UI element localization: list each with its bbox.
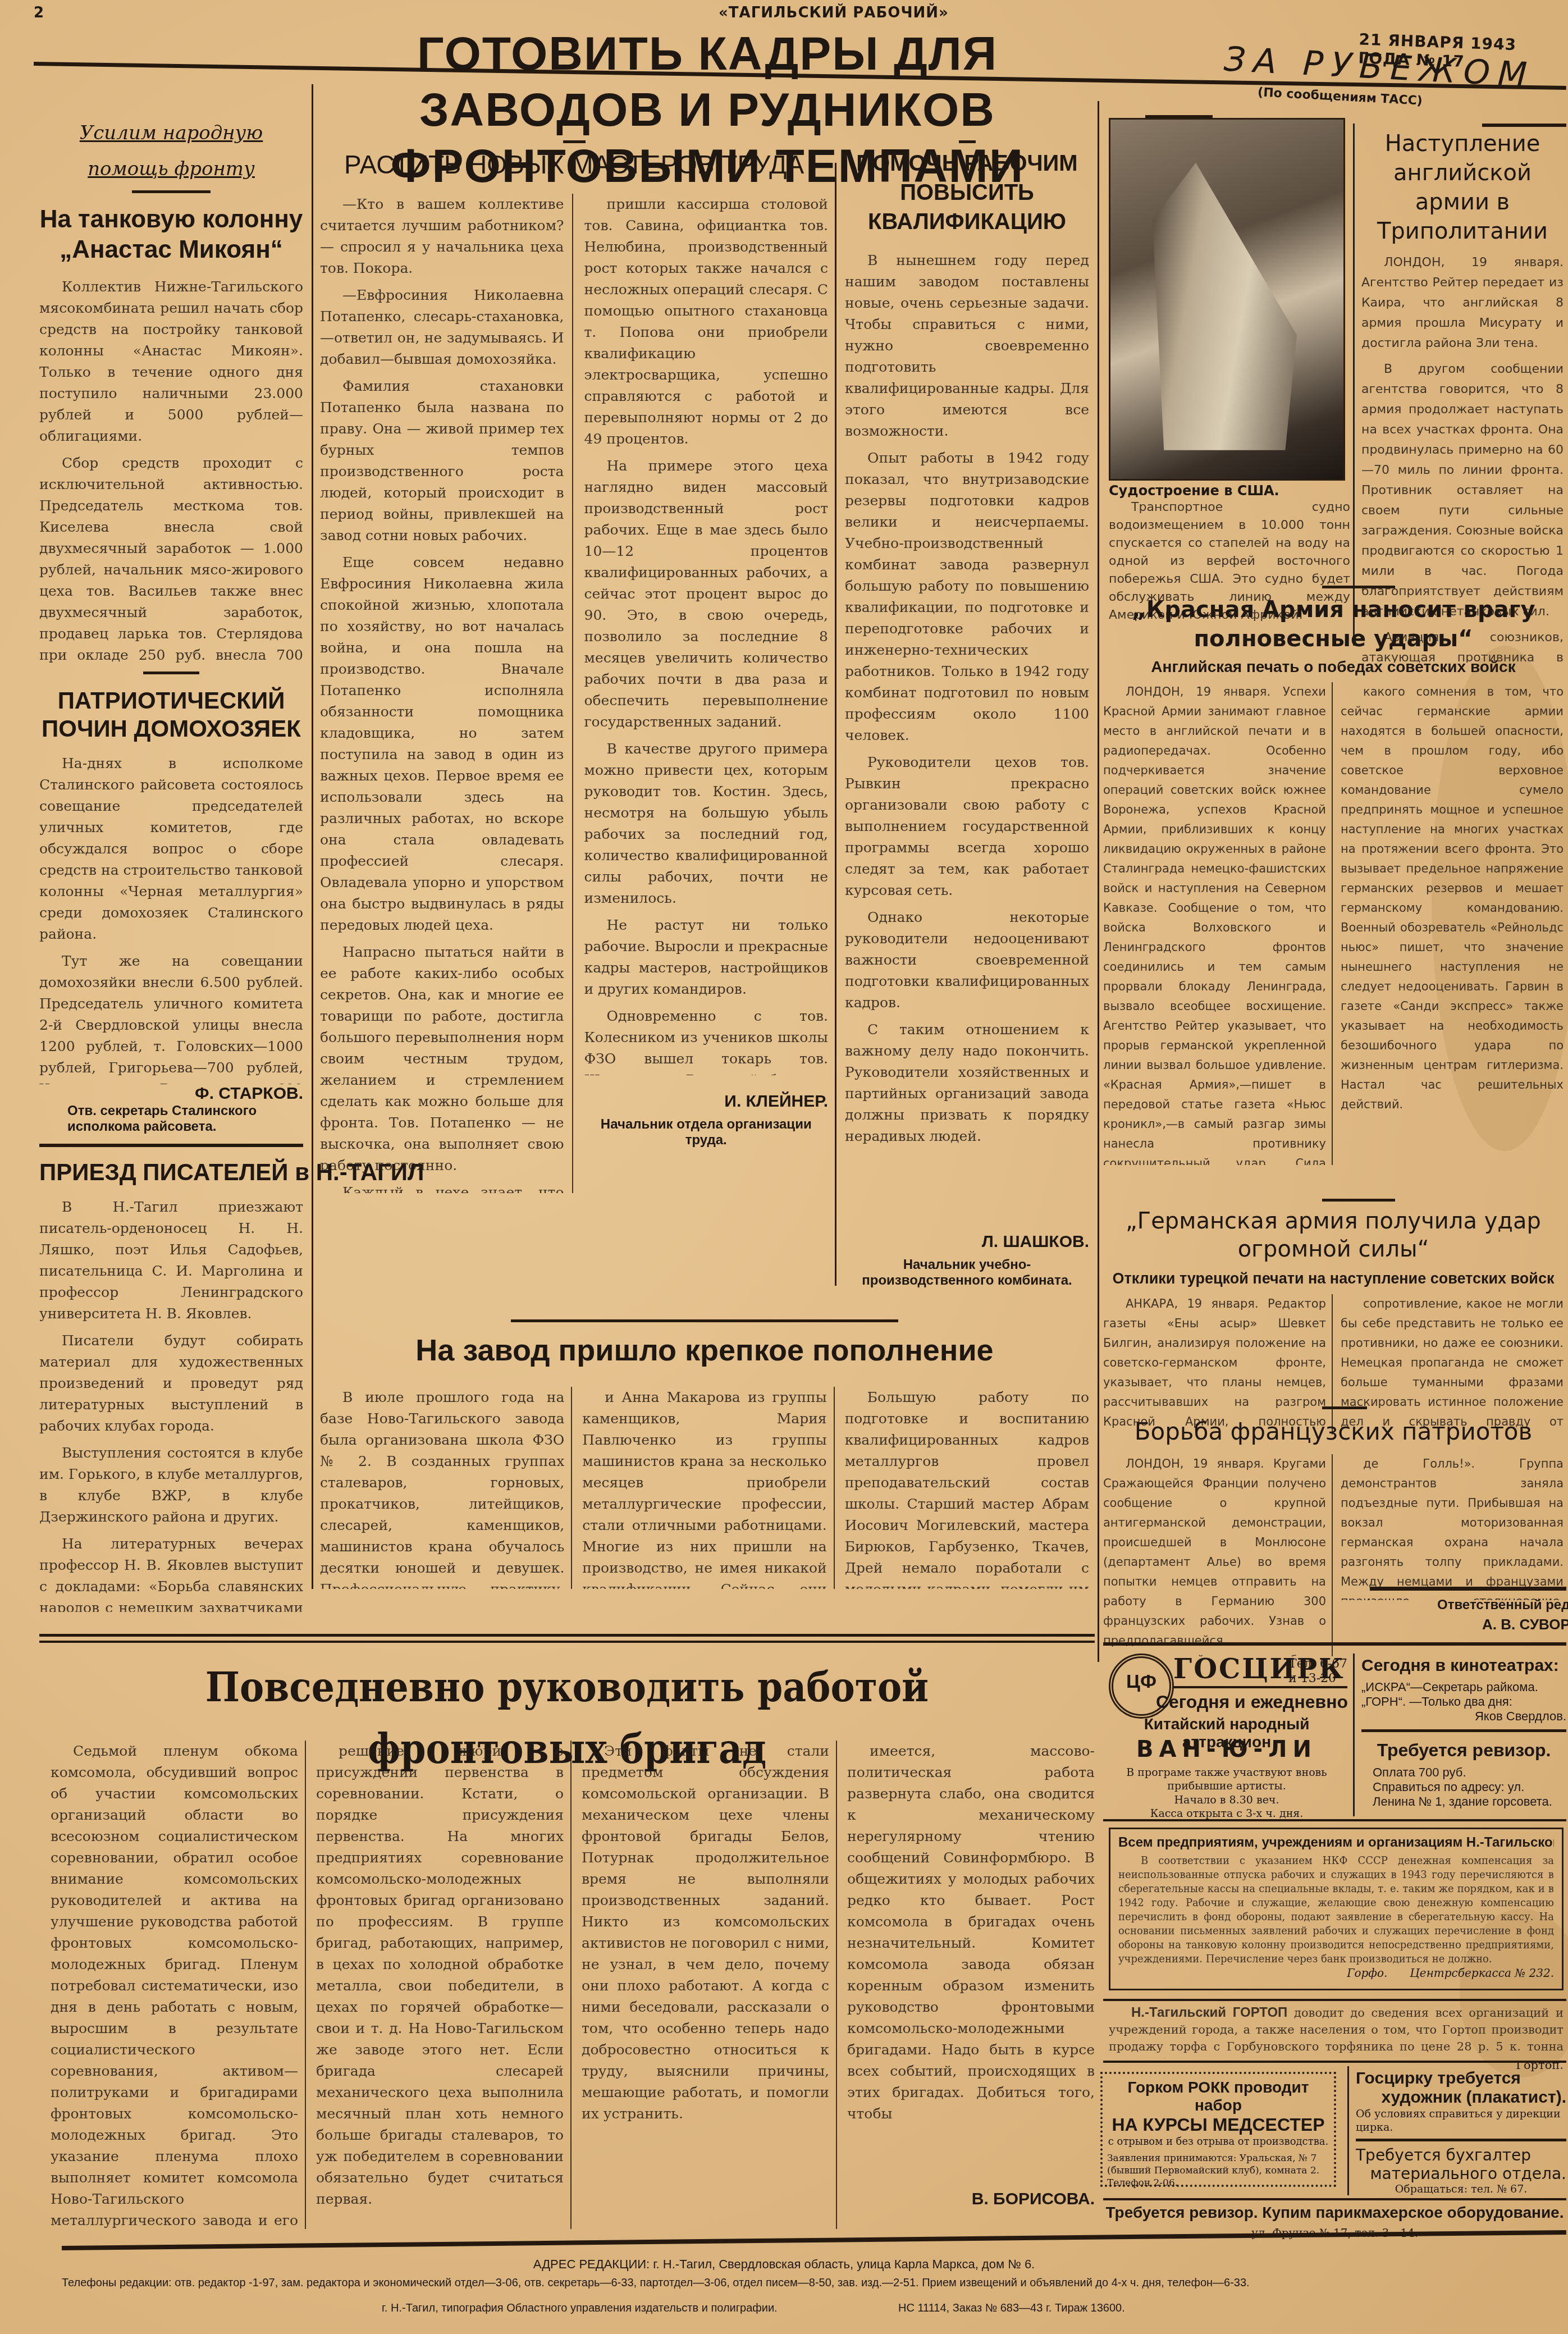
cinema-line1: „ИСКРА“—Секретарь райкома. — [1361, 1680, 1566, 1694]
ad-cinema: Сегодня в кинотеатрах: „ИСКРА“—Секретарь… — [1361, 1656, 1566, 1809]
article-subtitle: Английская печать о победах советских во… — [1103, 658, 1564, 676]
rule — [1356, 2139, 1566, 2141]
article-col: ЛОНДОН, 19 января. Кругами Сражающейся Ф… — [1103, 1454, 1333, 1656]
paragraph: С таким отношением к важному делу надо п… — [845, 1019, 1089, 1147]
rule — [563, 140, 586, 143]
auditor-title: Требуется ревизор. — [1361, 1740, 1566, 1761]
artist-line1: Госцирку требуется — [1356, 2069, 1566, 2088]
paragraph: В качестве другого примера можно привест… — [584, 738, 829, 909]
article-title: На завод пришло крепкое пополнение — [320, 1331, 1089, 1370]
rule — [959, 140, 976, 143]
rule — [1482, 124, 1566, 127]
auditor-line1: Оплата 700 руб. — [1361, 1765, 1566, 1780]
article-title: На танковую колонну „Анастас Микоян“ — [39, 204, 303, 265]
rule — [1103, 1999, 1566, 2001]
circus-line1: Сегодня и ежедневно — [1154, 1692, 1350, 1712]
cinema-line3: Яков Свердлов. — [1361, 1709, 1566, 1724]
paragraph: В нынешнем году перед нашим заводом пост… — [845, 250, 1089, 442]
notice-signs: Горфо. Центрсберкасса № 232. — [1118, 1966, 1554, 1980]
rule — [39, 1144, 303, 1147]
article-body: В нынешнем году перед нашим заводом пост… — [845, 250, 1089, 1227]
circus-act: ВАН-Ю-ЛИ — [1103, 1737, 1350, 1762]
article-col: какого сомнения в том, что сейчас герман… — [1341, 682, 1564, 1165]
rule — [1103, 1642, 1566, 1646]
rule — [1103, 2198, 1566, 2200]
paragraph: Напрасно пытаться найти в ее работе каки… — [320, 942, 564, 1176]
artist-line3: Об условиях справиться у дирекции цирка. — [1356, 2107, 1566, 2134]
paragraph: Коллектив Нижне-Тагильского мясокомбинат… — [39, 276, 303, 447]
article-title: ПРИЕЗД ПИСАТЕЛЕЙ в Н.-ТАГИЛ — [39, 1158, 303, 1186]
paragraph: На примере этого цеха наглядно виден мас… — [584, 455, 829, 733]
article-subtitle: Отклики турецкой печати на наступление с… — [1103, 1270, 1564, 1287]
paragraph: Каждый в цехе знает, что Евфросиния Нико… — [320, 1182, 564, 1193]
article-new-recruits: В июле прошлого года на базе Ново-Тагиль… — [320, 1387, 1089, 1589]
artist-line2: художник (плакатист). — [1356, 2088, 1566, 2107]
paragraph: —Кто в вашем коллективе считается лучшим… — [320, 194, 564, 279]
notice-title: Всем предприятиям, учреждениям и организ… — [1118, 1835, 1554, 1851]
article-col: сопротивление, какое не могли бы себе пр… — [1341, 1294, 1564, 1435]
editor-name: А. В. СУВОРОВ. — [1482, 1616, 1568, 1633]
circus-line4: Начало в 8.30 веч. — [1103, 1794, 1350, 1806]
paragraph: ЛОНДОН, 19 января. Агентство Рейтер пере… — [1361, 253, 1564, 354]
page-number: 2 — [34, 4, 44, 21]
article-col: имеется, массово-политическая работа раз… — [847, 1741, 1095, 2229]
paragraph: Выступления состоятся в клубе им. Горько… — [39, 1442, 303, 1528]
article-col: АНКАРА, 19 января. Редактор газеты «Ены … — [1103, 1294, 1333, 1435]
accountant-line1: Требуется бухгалтер — [1356, 2146, 1566, 2164]
footer-printer: г. Н.-Тагил, типография Областного управ… — [382, 2302, 778, 2315]
article-title: „Германская армия получила удар огромной… — [1103, 1207, 1564, 1263]
paper-name: «ТАГИЛЬСКИЙ РАБОЧИЙ» — [719, 4, 949, 21]
ad-circus: ЦФ ГОСЦИРК Тел. 6-67 и 13-20 Сегодня и е… — [1103, 1654, 1350, 1816]
article-german-army: АНКАРА, 19 января. Редактор газеты «Ены … — [1103, 1294, 1564, 1435]
cinema-line2: „ГОРН“. —Только два дня: — [1361, 1694, 1566, 1709]
barber-line1: Требуется ревизор. Купим парикмахерское … — [1103, 2204, 1566, 2222]
article-col: Эти факты не стали предметом обсуждения … — [582, 1741, 837, 2229]
rule — [132, 190, 211, 193]
rule — [1361, 1729, 1566, 1732]
article-col: пришли кассирша столовой тов. Савина, оф… — [584, 194, 829, 1193]
article-grow-masters: РАСТИТЬ НОВЫХ МАСТЕРОВ ТРУДА —Кто в ваше… — [320, 140, 828, 1193]
rubric: Усилим народную помощь фронту — [39, 115, 303, 187]
article-help-workers: ПОМОЧЬ РАБОЧИМ ПОВЫСИТЬ КВАЛИФИКАЦИЮ В н… — [845, 140, 1089, 1289]
rule — [39, 1641, 1095, 1643]
accountant-line3: Обращаться: тел. № 67. — [1356, 2183, 1566, 2195]
ad-nurses: Горком РОКК проводит набор НА КУРСЫ МЕДС… — [1100, 2072, 1336, 2187]
circus-phones: Тел. 6-67 и 13-20 — [1288, 1657, 1350, 1686]
article-col: —Кто в вашем коллективе считается лучшим… — [320, 194, 573, 1193]
column-divider — [1098, 101, 1099, 1662]
circus-line5: Касса открыта с 3-х ч. дня. — [1103, 1807, 1350, 1820]
rokk-line1: Горком РОКК проводит набор — [1107, 2079, 1329, 2114]
rule — [511, 1319, 898, 1322]
article-tripolitania: Наступление английской армии в Триполита… — [1361, 129, 1564, 663]
column-divider — [1353, 1654, 1355, 1816]
notice-text: В соответствии с указанием НКФ СССР дене… — [1118, 1854, 1554, 1966]
section-subtitle: (По сообщениям ТАСС) — [1258, 85, 1423, 108]
notice-sign: Горфо. — [1347, 1966, 1387, 1980]
rokk-line2: НА КУРСЫ МЕДСЕСТЕР — [1107, 2114, 1329, 2135]
article-body: имеется, массово-политическая работа раз… — [847, 1741, 1095, 2178]
paragraph: Однако некоторые руководители недооценив… — [845, 907, 1089, 1013]
article-col: Седьмой пленум обкома комсомола, обсудив… — [51, 1741, 306, 2229]
rule — [143, 672, 199, 674]
signature-role: Начальник учебно-производственного комби… — [845, 1257, 1089, 1289]
caption-title: Судостроение в США. — [1109, 483, 1350, 499]
rokk-line3: с отрывом и без отрыва от производства. — [1107, 2135, 1329, 2149]
rule — [1370, 1587, 1566, 1591]
gortop-text: Н.-Тагильский ГОРТОП доводит до сведения… — [1109, 2004, 1564, 2058]
article-col: решение жюри о присуждении первенства в … — [316, 1741, 572, 2229]
article-title: ПАТРИОТИЧЕСКИЙ ПОЧИН ДОМОХОЗЯЕК — [39, 687, 303, 743]
left-column: Усилим народную помощь фронту На танкову… — [39, 115, 303, 1612]
rule — [1103, 1819, 1566, 1821]
rule — [1322, 1406, 1367, 1409]
signature: В. БОРИСОВА. — [847, 2190, 1095, 2209]
column-divider — [1353, 124, 1355, 646]
paragraph: В другом сообщении агентства говорится, … — [1361, 359, 1564, 622]
signature-role: Отв. секретарь Сталинского исполкома рай… — [39, 1103, 303, 1135]
footer-address: АДРЕС РЕДАКЦИИ: г. Н.-Тагил, Свердловска… — [0, 2257, 1568, 2272]
paragraph: —Евфросиния Николаевна Потапенко, слесар… — [320, 285, 564, 370]
article-col: ЛОНДОН, 19 января. Успехи Красной Армии … — [1103, 682, 1333, 1165]
paragraph: Одновременно с тов. Колесником из ученик… — [584, 1006, 829, 1075]
signature: Ф. СТАРКОВ. — [39, 1084, 303, 1103]
rule — [1322, 586, 1395, 588]
signature: И. КЛЕЙНЕР. — [584, 1092, 829, 1111]
rule — [1103, 2061, 1566, 2063]
cinema-title: Сегодня в кинотеатрах: — [1361, 1656, 1566, 1675]
paragraph: На-днях в исполкоме Сталинского райсовет… — [39, 753, 303, 945]
paragraph: пришли кассирша столовой тов. Савина, оф… — [584, 194, 829, 450]
ad-circus-artist: Госцирку требуется художник (плакатист).… — [1356, 2069, 1566, 2195]
paragraph: В Н.-Тагил приезжают писатель-орденоносе… — [39, 1196, 303, 1324]
paragraph: Тут же на совещании домохозяйки внесли 6… — [39, 951, 303, 1084]
notice-sign: Центрсберкасса № 232. — [1410, 1966, 1554, 1980]
article-front-brigades: Седьмой пленум обкома комсомола, обсудив… — [51, 1741, 1095, 2229]
paragraph: Опыт работы в 1942 году показал, что вну… — [845, 447, 1089, 746]
paragraph: Руководители цехов тов. Рывкин прекрасно… — [845, 752, 1089, 901]
footer-phones: Телефоны редакции: отв. редактор -1-97, … — [62, 2277, 1566, 2290]
article-col: В июле прошлого года на базе Ново-Тагиль… — [320, 1387, 572, 1589]
rokk-line4: Заявления принимаются: Уральская, № 7 (б… — [1107, 2152, 1329, 2189]
article-title: Борьба французских патриотов — [1103, 1415, 1564, 1449]
article-body: Коллектив Нижне-Тагильского мясокомбинат… — [39, 276, 303, 664]
editor-label: Ответственный редактор — [1437, 1597, 1568, 1613]
ship-photo — [1109, 118, 1345, 481]
column-divider — [1347, 2066, 1349, 2195]
article-col: Большую работу по подготовке и воспитани… — [845, 1387, 1089, 1589]
ad-notice: Всем предприятиям, учреждениям и организ… — [1109, 1828, 1564, 1990]
signature: Л. ШАШКОВ. — [845, 1232, 1089, 1252]
circus-line3: В програме также участвуют вновь прибывш… — [1103, 1766, 1350, 1793]
column-divider — [312, 84, 313, 1589]
paragraph: На литературных вечерах профессор Н. В. … — [39, 1533, 303, 1612]
paragraph: Еще совсем недавно Евфросиния Николаевна… — [320, 552, 564, 936]
paragraph: Писатели будут собирать материал для худ… — [39, 1330, 303, 1437]
article-body: пришли кассирша столовой тов. Савина, оф… — [584, 194, 829, 1075]
article-red-army: ЛОНДОН, 19 января. Успехи Красной Армии … — [1103, 682, 1564, 1165]
article-title: „Красная Армия наносит врагу полновесные… — [1103, 595, 1564, 654]
article-col: де Голль!». Группа демонстрантов заняла … — [1341, 1454, 1564, 1600]
article-title: ПОМОЧЬ РАБОЧИМ ПОВЫСИТЬ КВАЛИФИКАЦИЮ — [845, 149, 1089, 236]
ship-image — [1153, 163, 1297, 450]
accountant-line2: материального отдела. — [1356, 2164, 1566, 2183]
footer-order: НС 11114, Заказ № 683—43 г. Тираж 13600. — [898, 2302, 1125, 2315]
paragraph: Не растут ни только рабочие. Выросли и п… — [584, 915, 829, 1000]
auditor-line2: Справиться по адресу: ул. Ленина № 1, зд… — [1361, 1780, 1566, 1809]
article-title: РАСТИТЬ НОВЫХ МАСТЕРОВ ТРУДА — [320, 149, 828, 180]
rule — [39, 1634, 1095, 1637]
footer-rule — [62, 2230, 1566, 2250]
paragraph: Сбор средств проходит с исключительной а… — [39, 453, 303, 664]
rule — [1173, 1686, 1347, 1688]
paragraph: Фамилия стахановки Потапенко была назван… — [320, 376, 564, 546]
article-body: В Н.-Тагил приезжают писатель-орденоносе… — [39, 1196, 303, 1612]
signature-role: Начальник отдела организации труда. — [584, 1117, 829, 1148]
article-title: Наступление английской армии в Триполита… — [1361, 129, 1564, 246]
rule — [1322, 1199, 1395, 1202]
article-body: На-днях в исполкоме Сталинского райсовет… — [39, 753, 303, 1084]
column-divider — [835, 163, 836, 1286]
article-col: и Анна Макарова из группы каменщиков, Ма… — [582, 1387, 834, 1589]
gortop-lead: Н.-Тагильский ГОРТОП — [1131, 2005, 1287, 2020]
